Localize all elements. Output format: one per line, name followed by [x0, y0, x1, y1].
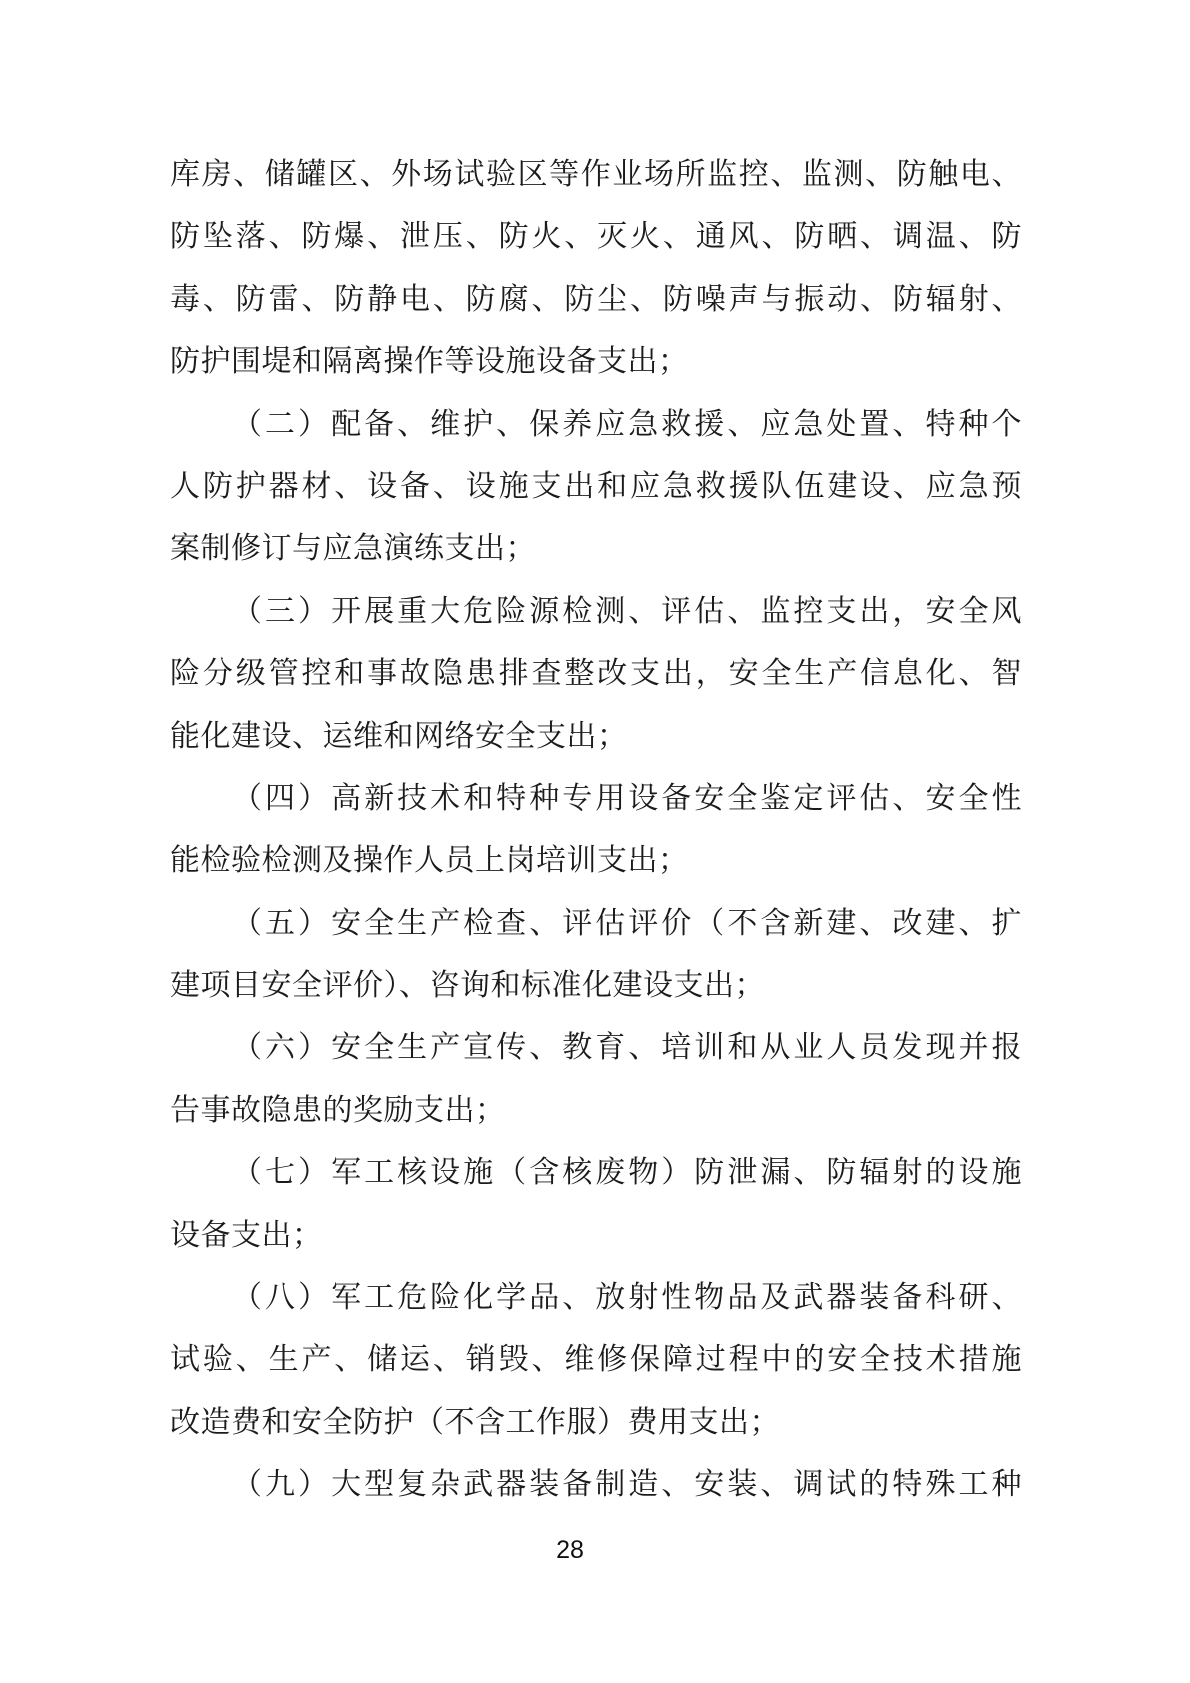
text-line: 防护围堤和隔离操作等设施设备支出； [170, 331, 1022, 393]
text-line: （二）配备、维护、保养应急救援、应急处置、特种个 [170, 394, 1022, 456]
text-line: （七）军工核设施（含核废物）防泄漏、防辐射的设施 [170, 1142, 1022, 1204]
text-line: 试验、生产、储运、销毁、维修保障过程中的安全技术措施 [170, 1329, 1022, 1391]
text-line: 能化建设、运维和网络安全支出； [170, 706, 1022, 768]
text-line: 建项目安全评价）、咨询和标准化建设支出； [170, 955, 1022, 1017]
text-line: （八）军工危险化学品、放射性物品及武器装备科研、 [170, 1267, 1022, 1329]
text-line: （三）开展重大危险源检测、评估、监控支出，安全风 [170, 581, 1022, 643]
text-line: （六）安全生产宣传、教育、培训和从业人员发现并报 [170, 1017, 1022, 1079]
text-line: （四）高新技术和特种专用设备安全鉴定评估、安全性 [170, 768, 1022, 830]
document-page: 库房、储罐区、外场试验区等作业场所监控、监测、防触电、 防坠落、防爆、泄压、防火… [0, 0, 1190, 1683]
text-line: 案制修订与应急演练支出； [170, 518, 1022, 580]
text-line: （五）安全生产检查、评估评价（不含新建、改建、扩 [170, 893, 1022, 955]
text-line: 毒、防雷、防静电、防腐、防尘、防噪声与振动、防辐射、 [170, 269, 1022, 331]
text-line: （九）大型复杂武器装备制造、安装、调试的特殊工种 [170, 1454, 1022, 1516]
text-line: 能检验检测及操作人员上岗培训支出； [170, 830, 1022, 892]
text-line: 人防护器材、设备、设施支出和应急救援队伍建设、应急预 [170, 456, 1022, 518]
text-line: 险分级管控和事故隐患排查整改支出，安全生产信息化、智 [170, 643, 1022, 705]
page-number: 28 [0, 1536, 1165, 1565]
text-line: 库房、储罐区、外场试验区等作业场所监控、监测、防触电、 [170, 144, 1022, 206]
body-text: 库房、储罐区、外场试验区等作业场所监控、监测、防触电、 防坠落、防爆、泄压、防火… [170, 144, 1022, 1517]
text-line: 告事故隐患的奖励支出； [170, 1080, 1022, 1142]
text-line: 设备支出； [170, 1205, 1022, 1267]
text-line: 改造费和安全防护（不含工作服）费用支出； [170, 1392, 1022, 1454]
text-line: 防坠落、防爆、泄压、防火、灭火、通风、防晒、调温、防 [170, 206, 1022, 268]
